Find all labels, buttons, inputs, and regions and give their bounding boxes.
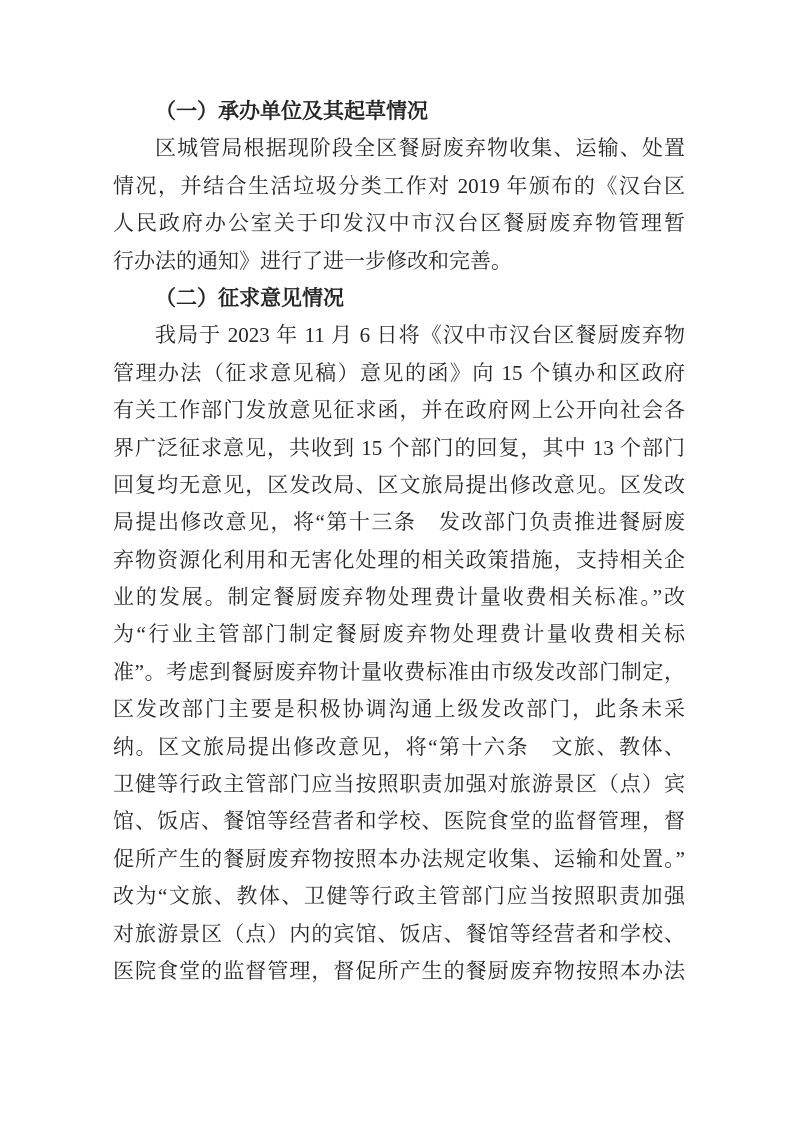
text-line: 馆、饭店、餐馆等经营者和学校、医院食堂的监督管理，督 — [113, 803, 685, 840]
text-line: 为“行业主管部门制定餐厨废弃物处理费计量收费相关标 — [113, 616, 685, 653]
text-line: 促所产生的餐厨废弃物按照本办法规定收集、运输和处置。” — [113, 841, 685, 878]
text-line: 对旅游景区（点）内的宾馆、饭店、餐馆等经营者和学校、 — [113, 916, 685, 953]
section-heading-2: （二）征求意见情况 — [113, 280, 685, 317]
text-line: 卫健等行政主管部门应当按照职责加强对旅游景区（点）宾 — [113, 766, 685, 803]
text-line: 准”。考虑到餐厨废弃物计量收费标准由市级发改部门制定， — [113, 654, 685, 691]
text-line: 区发改部门主要是积极协调沟通上级发改部门，此条未采 — [113, 691, 685, 728]
text-line: 局提出修改意见，将“第十三条 发改部门负责推进餐厨废 — [113, 504, 685, 541]
section-heading-1: （一）承办单位及其起草情况 — [113, 93, 685, 130]
text-line: 情况，并结合生活垃圾分类工作对 2019 年颁布的《汉台区 — [113, 168, 685, 205]
text-line: 人民政府办公室关于印发汉中市汉台区餐厨废弃物管理暂 — [113, 205, 685, 242]
text-line: 改为“文旅、教体、卫健等行政主管部门应当按照职责加强 — [113, 878, 685, 915]
text-line: 医院食堂的监督管理，督促所产生的餐厨废弃物按照本办法 — [113, 953, 685, 990]
text-line: 业的发展。制定餐厨废弃物处理费计量收费相关标准。”改 — [113, 579, 685, 616]
document-content: （一）承办单位及其起草情况 区城管局根据现阶段全区餐厨废弃物收集、运输、处置 情… — [113, 93, 685, 990]
text-line: 我局于 2023 年 11 月 6 日将《汉中市汉台区餐厨废弃物 — [113, 317, 685, 354]
text-line: 区城管局根据现阶段全区餐厨废弃物收集、运输、处置 — [113, 130, 685, 167]
document-page: （一）承办单位及其起草情况 区城管局根据现阶段全区餐厨废弃物收集、运输、处置 情… — [0, 0, 793, 1122]
text-line: 纳。区文旅局提出修改意见，将“第十六条 文旅、教体、 — [113, 729, 685, 766]
text-line: 弃物资源化利用和无害化处理的相关政策措施，支持相关企 — [113, 542, 685, 579]
text-line: 行办法的通知》进行了进一步修改和完善。 — [113, 243, 685, 280]
text-line: 管理办法（征求意见稿）意见的函》向 15 个镇办和区政府 — [113, 355, 685, 392]
text-line: 回复均无意见，区发改局、区文旅局提出修改意见。区发改 — [113, 467, 685, 504]
text-line: 界广泛征求意见，共收到 15 个部门的回复，其中 13 个部门 — [113, 430, 685, 467]
text-line: 有关工作部门发放意见征求函，并在政府网上公开向社会各 — [113, 392, 685, 429]
